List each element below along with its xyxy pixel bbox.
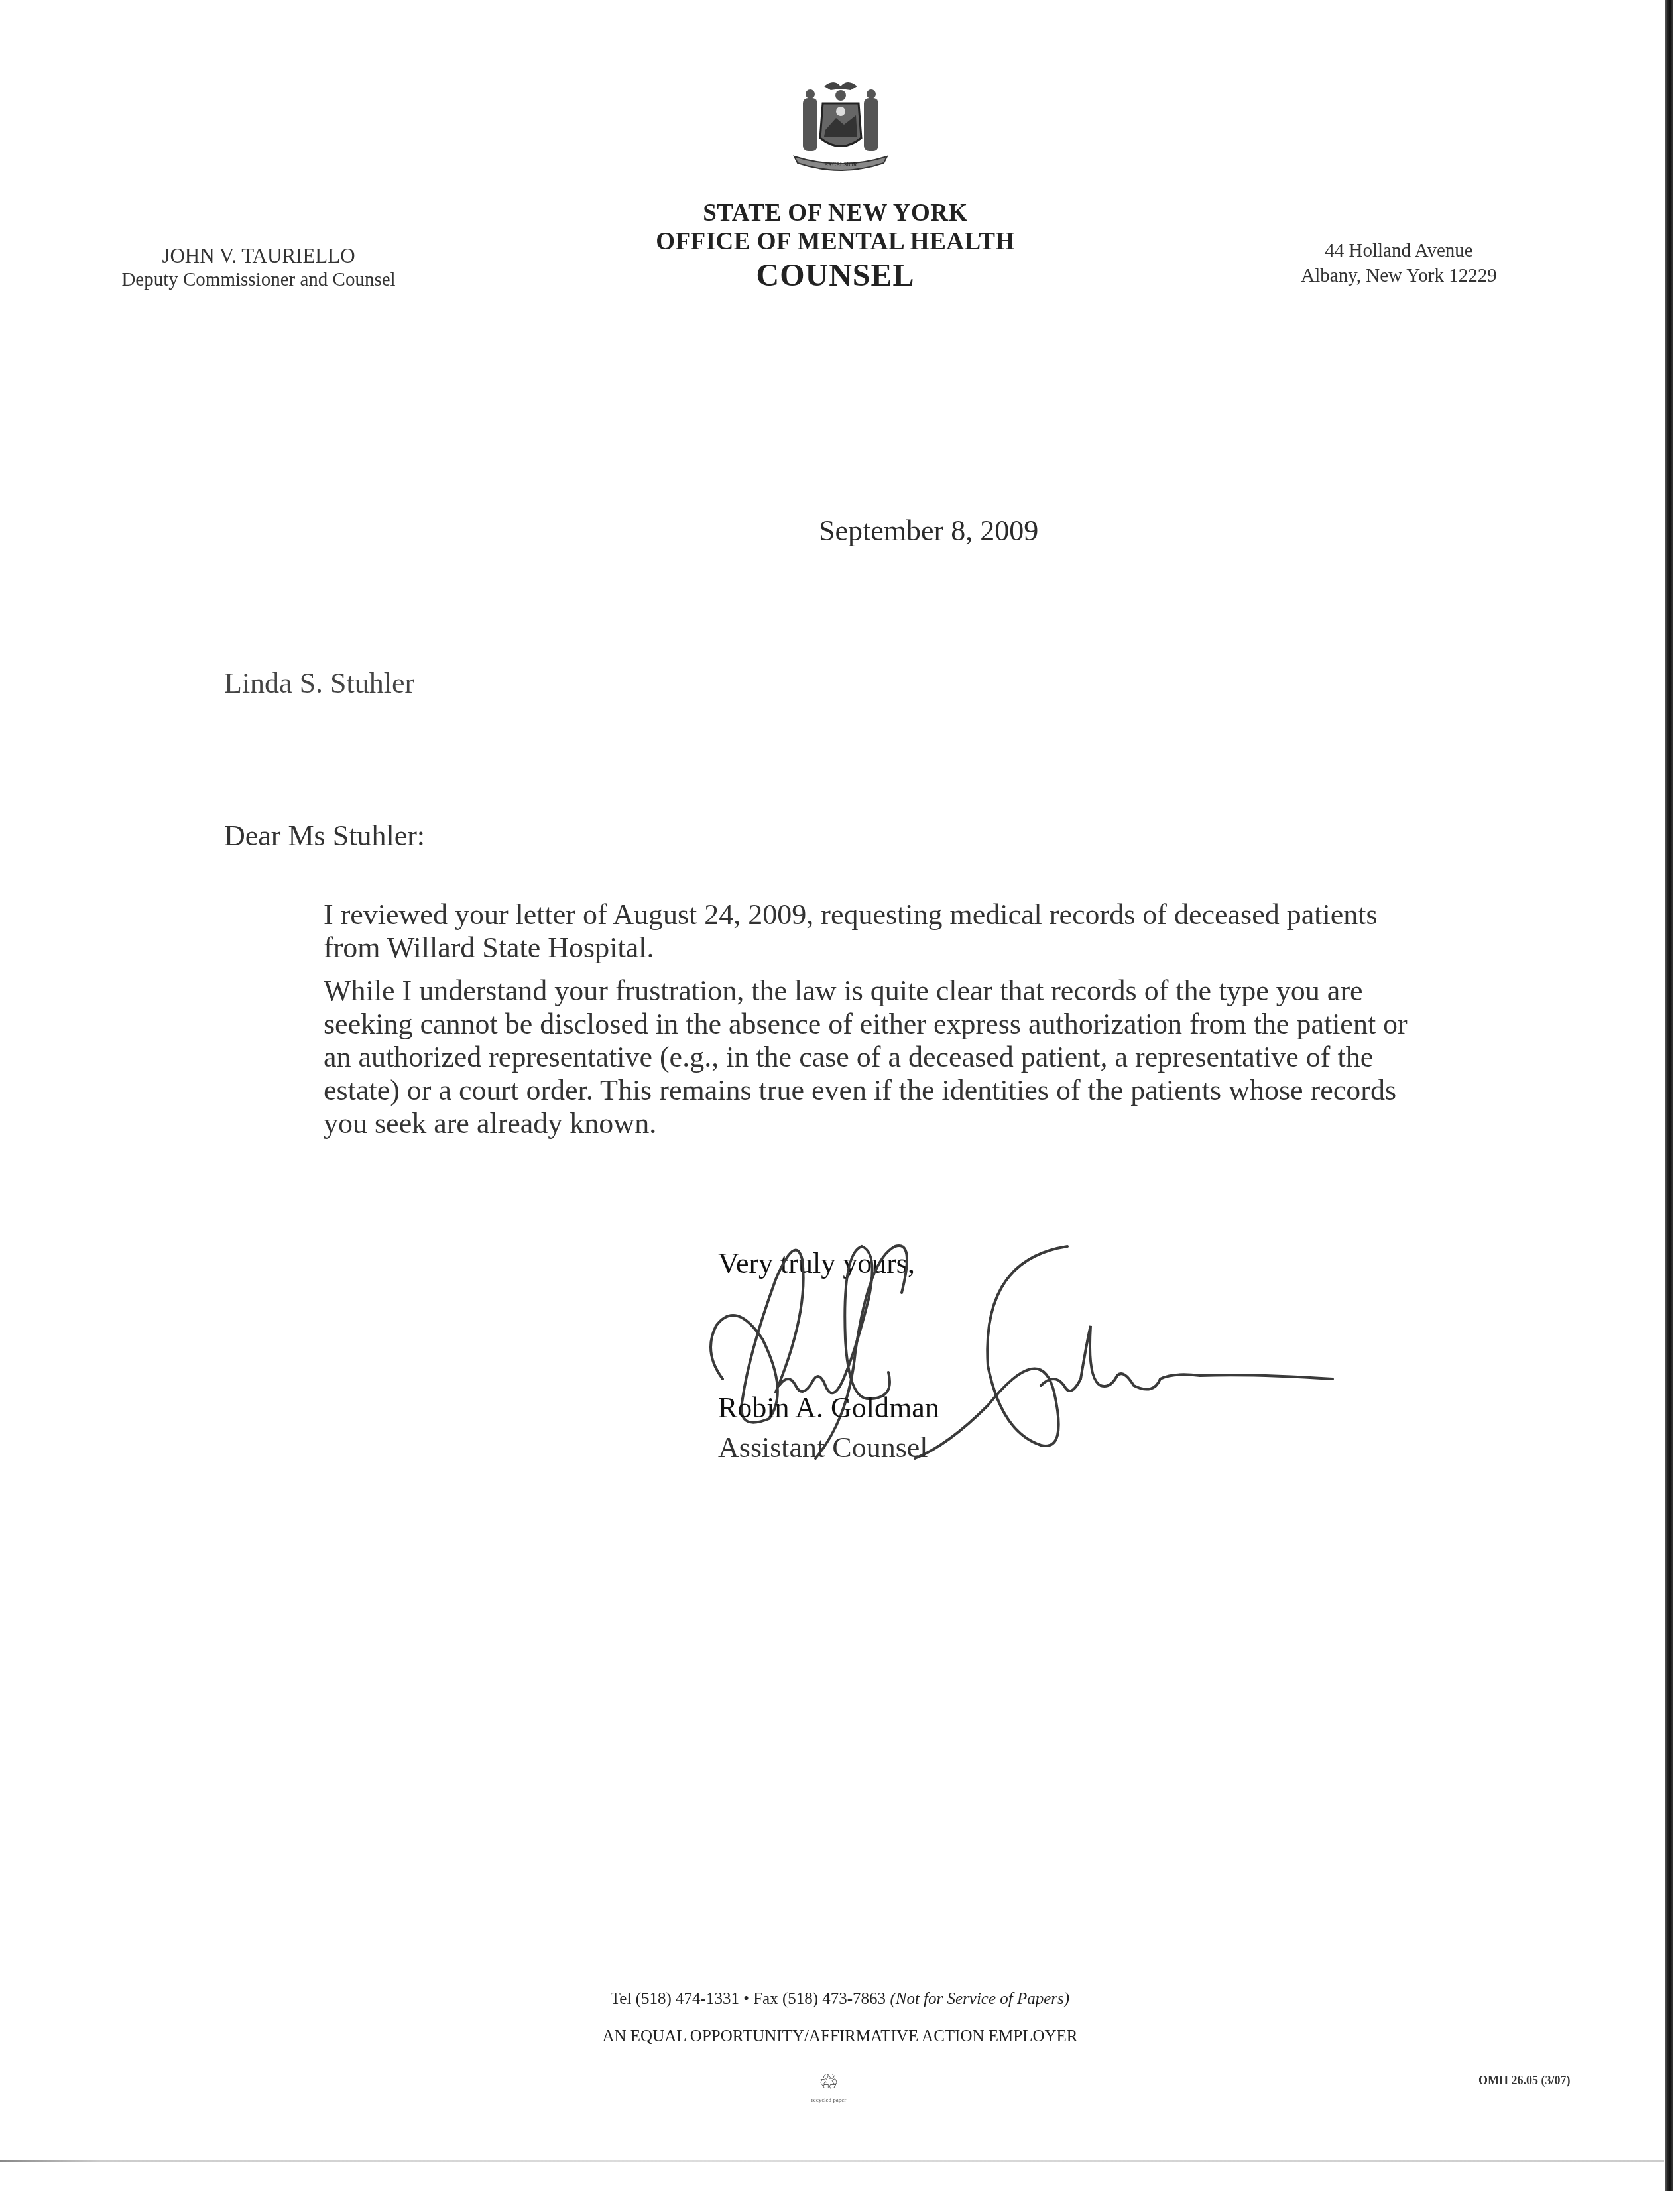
footer-eeo-statement: AN EQUAL OPPORTUNITY/AFFIRMATIVE ACTION … bbox=[398, 2027, 1282, 2046]
letter-date: September 8, 2009 bbox=[819, 514, 1038, 548]
svg-text:EXCELSIOR: EXCELSIOR bbox=[824, 161, 857, 168]
ny-state-seal-icon: EXCELSIOR bbox=[784, 72, 897, 178]
body-paragraph-1: I reviewed your letter of August 24, 200… bbox=[224, 898, 1417, 965]
header-office: OFFICE OF MENTAL HEALTH bbox=[597, 227, 1074, 256]
address-line-1: 44 Holland Avenue bbox=[1260, 240, 1538, 262]
official-title: Deputy Commissioner and Counsel bbox=[66, 269, 451, 291]
salutation: Dear Ms Stuhler: bbox=[224, 819, 425, 853]
header-division: COUNSEL bbox=[597, 257, 1074, 294]
body-paragraph-2: While I understand your frustration, the… bbox=[224, 975, 1417, 1140]
form-number: OMH 26.05 (3/07) bbox=[1478, 2074, 1570, 2088]
signer-title: Assistant Counsel bbox=[718, 1431, 928, 1464]
footer-phone-fax: Tel (518) 474-1331 • Fax (518) 473-7863 bbox=[611, 1990, 886, 2008]
footer-contact-note: (Not for Service of Papers) bbox=[890, 1990, 1069, 2008]
scan-edge-shadow bbox=[1665, 0, 1673, 2191]
address-line-2: Albany, New York 12229 bbox=[1260, 265, 1538, 287]
recipient-name: Linda S. Stuhler bbox=[224, 666, 414, 700]
recycle-label: recycled paper bbox=[796, 2096, 862, 2103]
scan-bottom-edge bbox=[0, 2160, 1664, 2162]
signer-name: Robin A. Goldman bbox=[718, 1391, 939, 1425]
footer-contact: Tel (518) 474-1331 • Fax (518) 473-7863 … bbox=[398, 1990, 1282, 2009]
header-state: STATE OF NEW YORK bbox=[597, 199, 1074, 227]
official-name: JOHN V. TAURIELLO bbox=[66, 244, 451, 268]
recycle-icon: ♲ bbox=[815, 2072, 842, 2094]
